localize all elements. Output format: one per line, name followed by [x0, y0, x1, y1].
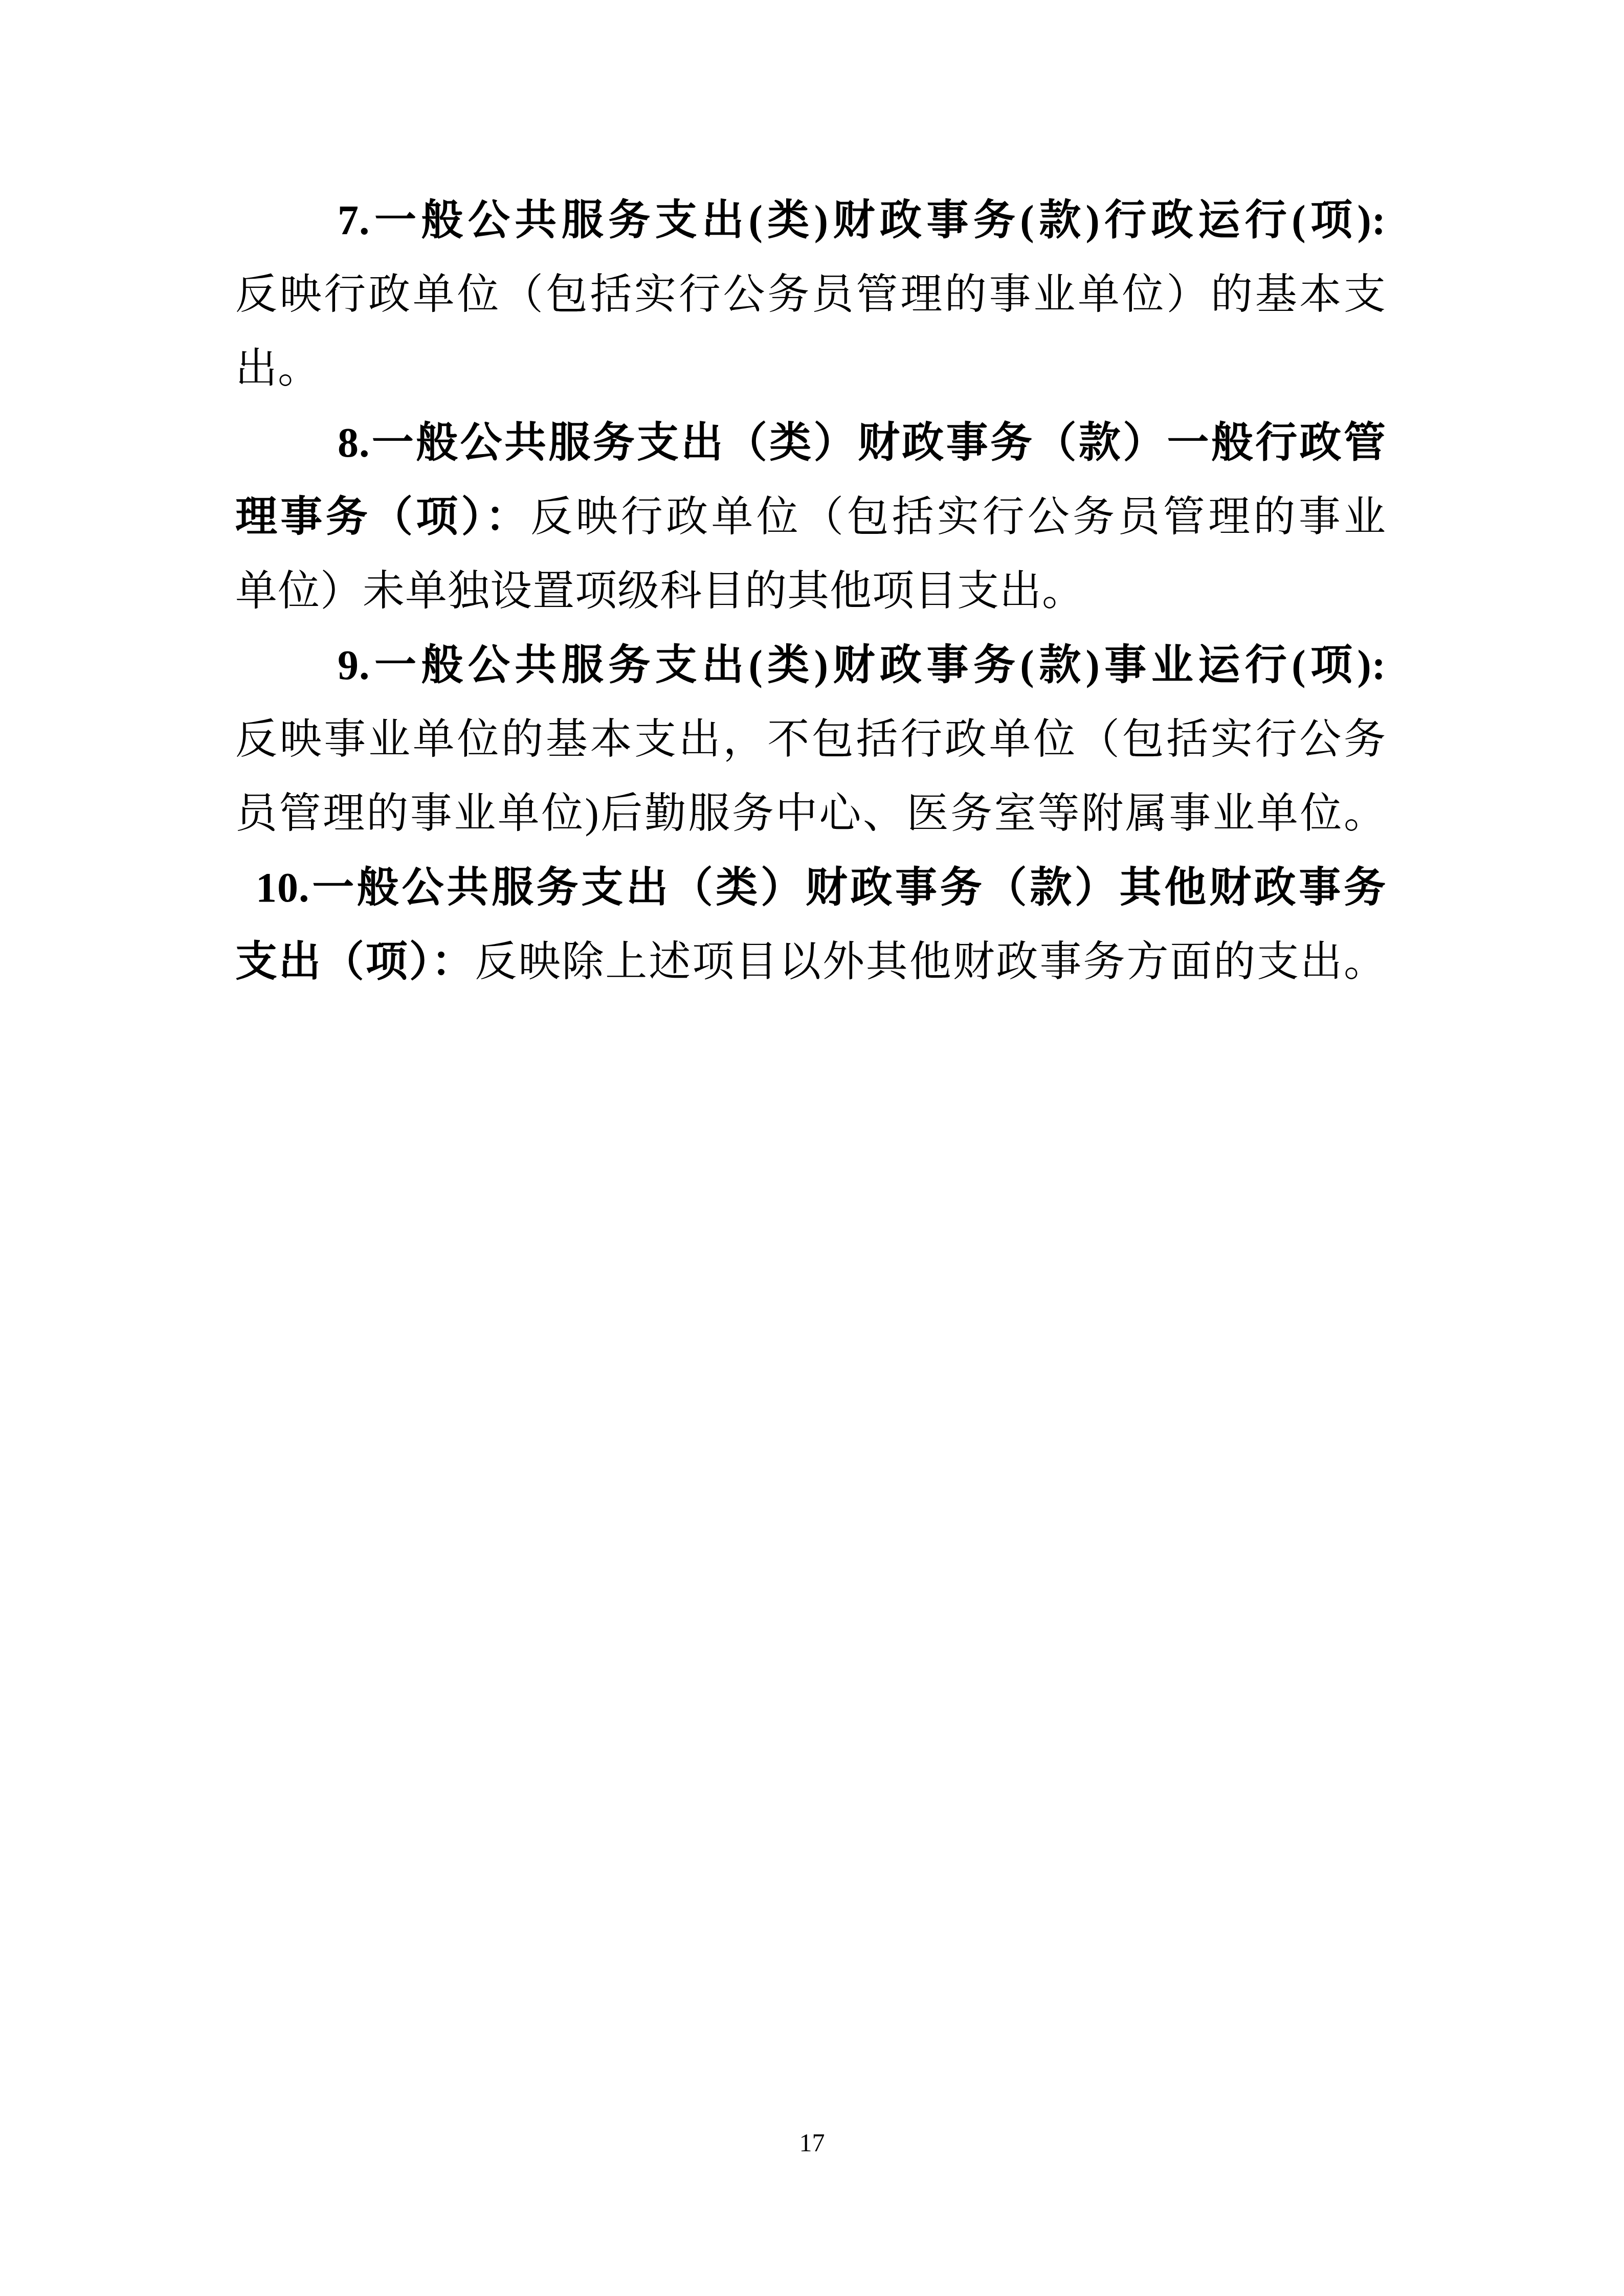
text-segment: 9.一般公共服务支出(类)财政事务(款)事业运行(项):: [338, 642, 1386, 688]
text-segment: 反映事业单位的基本支出，不包括行政单位（包括实行公务: [235, 716, 1386, 762]
text-segment: 反映除上述项目以外其他财政事务方面的支出。: [475, 938, 1386, 985]
paragraph-line: 10.一般公共服务支出（类）财政事务（款）其他财政事务: [235, 850, 1386, 925]
paragraph-line: 支出（项）：反映除上述项目以外其他财政事务方面的支出。: [235, 925, 1386, 999]
page-number: 17: [0, 2127, 1624, 2158]
paragraph-line: 9.一般公共服务支出(类)财政事务(款)事业运行(项):: [235, 628, 1386, 702]
text-segment: 出。: [235, 345, 320, 392]
text-segment: 10.一般公共服务支出（类）财政事务（款）其他财政事务: [256, 864, 1386, 911]
text-segment: 单位）未单独设置项级科目的其他项目支出。: [235, 568, 1084, 614]
paragraph-line: 8.一般公共服务支出（类）财政事务（款）一般行政管: [235, 406, 1386, 480]
paragraph-line: 反映行政单位（包括实行公务员管理的事业单位）的基本支: [235, 257, 1386, 331]
paragraph-line: 员管理的事业单位)后勤服务中心、医务室等附属事业单位。: [235, 776, 1386, 850]
document-page: 7.一般公共服务支出(类)财政事务(款)行政运行(项):反映行政单位（包括实行公…: [0, 0, 1624, 2296]
paragraph-line: 理事务（项）：反映行政单位（包括实行公务员管理的事业: [235, 480, 1386, 554]
text-segment: 8.一般公共服务支出（类）财政事务（款）一般行政管: [338, 419, 1386, 466]
text-segment: 支出（项）：: [235, 938, 475, 985]
paragraph-line: 反映事业单位的基本支出，不包括行政单位（包括实行公务: [235, 702, 1386, 776]
paragraph-line: 单位）未单独设置项级科目的其他项目支出。: [235, 554, 1386, 628]
text-segment: 反映行政单位（包括实行公务员管理的事业: [530, 493, 1386, 540]
text-segment: 理事务（项）：: [235, 493, 530, 540]
paragraph-line: 出。: [235, 331, 1386, 406]
text-segment: 员管理的事业单位)后勤服务中心、医务室等附属事业单位。: [235, 790, 1386, 837]
paragraph-line: 7.一般公共服务支出(类)财政事务(款)行政运行(项):: [235, 183, 1386, 257]
text-segment: 反映行政单位（包括实行公务员管理的事业单位）的基本支: [235, 271, 1386, 318]
text-segment: 7.一般公共服务支出(类)财政事务(款)行政运行(项):: [338, 197, 1386, 243]
text-block: 7.一般公共服务支出(类)财政事务(款)行政运行(项):反映行政单位（包括实行公…: [235, 183, 1386, 999]
